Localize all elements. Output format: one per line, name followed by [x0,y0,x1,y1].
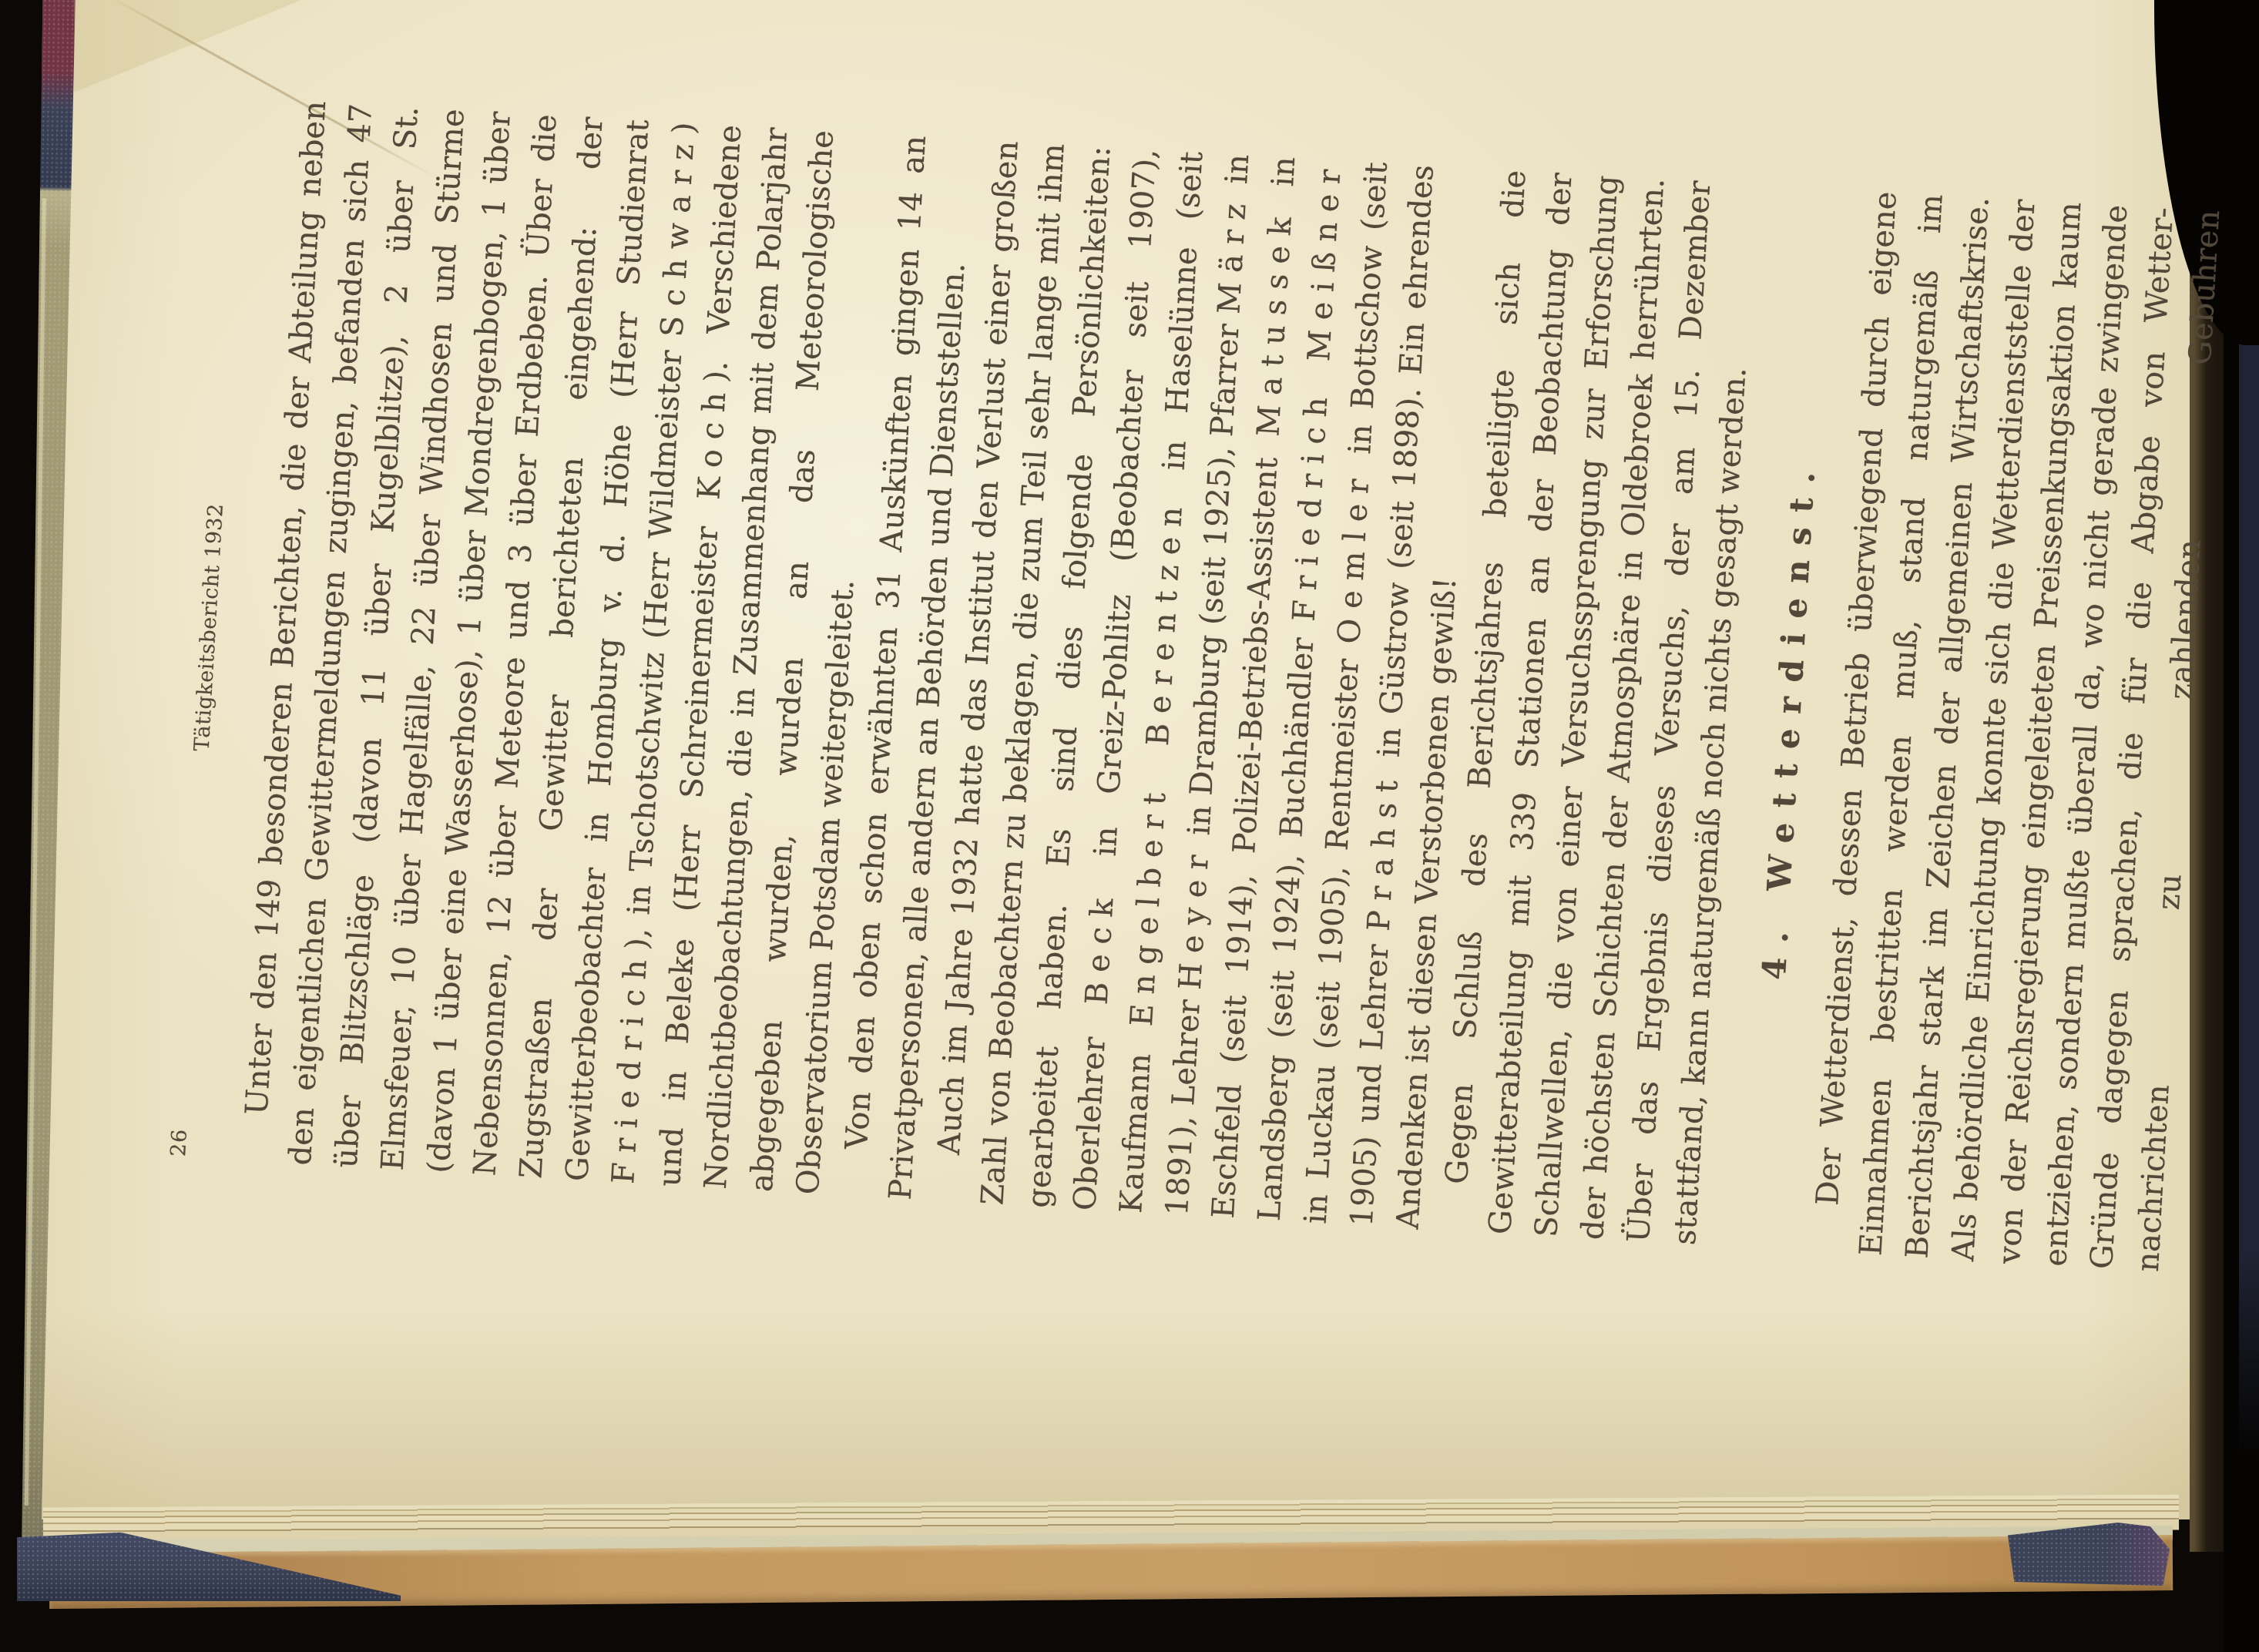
page-body: Unter den 149 besonderen Berichten, die … [231,99,2232,1273]
paragraph: Der Wetterdienst, dessen Betrieb überwie… [1801,190,2232,1273]
person-name-letterspaced: Koch [691,381,733,501]
paragraph-text: Der Wetterdienst, dessen Betrieb überwie… [1810,190,2227,1273]
paragraph-text: Unter den 149 besonderen Berichten, die … [239,100,656,1183]
person-name-letterspaced: Heyer [1173,844,1217,991]
paragraph-text: ). Verschiedene Nordlicht­beobachtungen,… [698,124,861,1196]
page-number: 26 [166,1128,192,1157]
person-name-letterspaced: Schwarz [654,133,701,338]
person-name-letterspaced: Matussek [1250,206,1299,438]
person-name-letterspaced: Beck [1079,888,1121,1006]
person-name-letterspaced: Fried­rich [606,949,654,1184]
paragraph: Unter den 149 besonderen Berichten, die … [231,99,892,1196]
screenshot-root: { "book": { "running_head": { "page_numb… [0,0,2259,1652]
person-name-letterspaced: Prahst [1361,770,1406,932]
person-name-letterspaced: Oemler [1331,468,1377,645]
scanned-book-page: 26 Tätigkeitsbericht 1932 Unter den 149 … [0,0,2259,1652]
paragraph-text: Gegen Schluß des Berichtsjahres beteilig… [1439,170,1754,1247]
person-name-letterspaced: März [1211,193,1254,315]
page-content: 26 Tätigkeitsbericht 1932 Unter den 149 … [163,96,2232,1273]
paragraph: Auch im Jahre 1932 hatte das Institut de… [923,139,1492,1231]
